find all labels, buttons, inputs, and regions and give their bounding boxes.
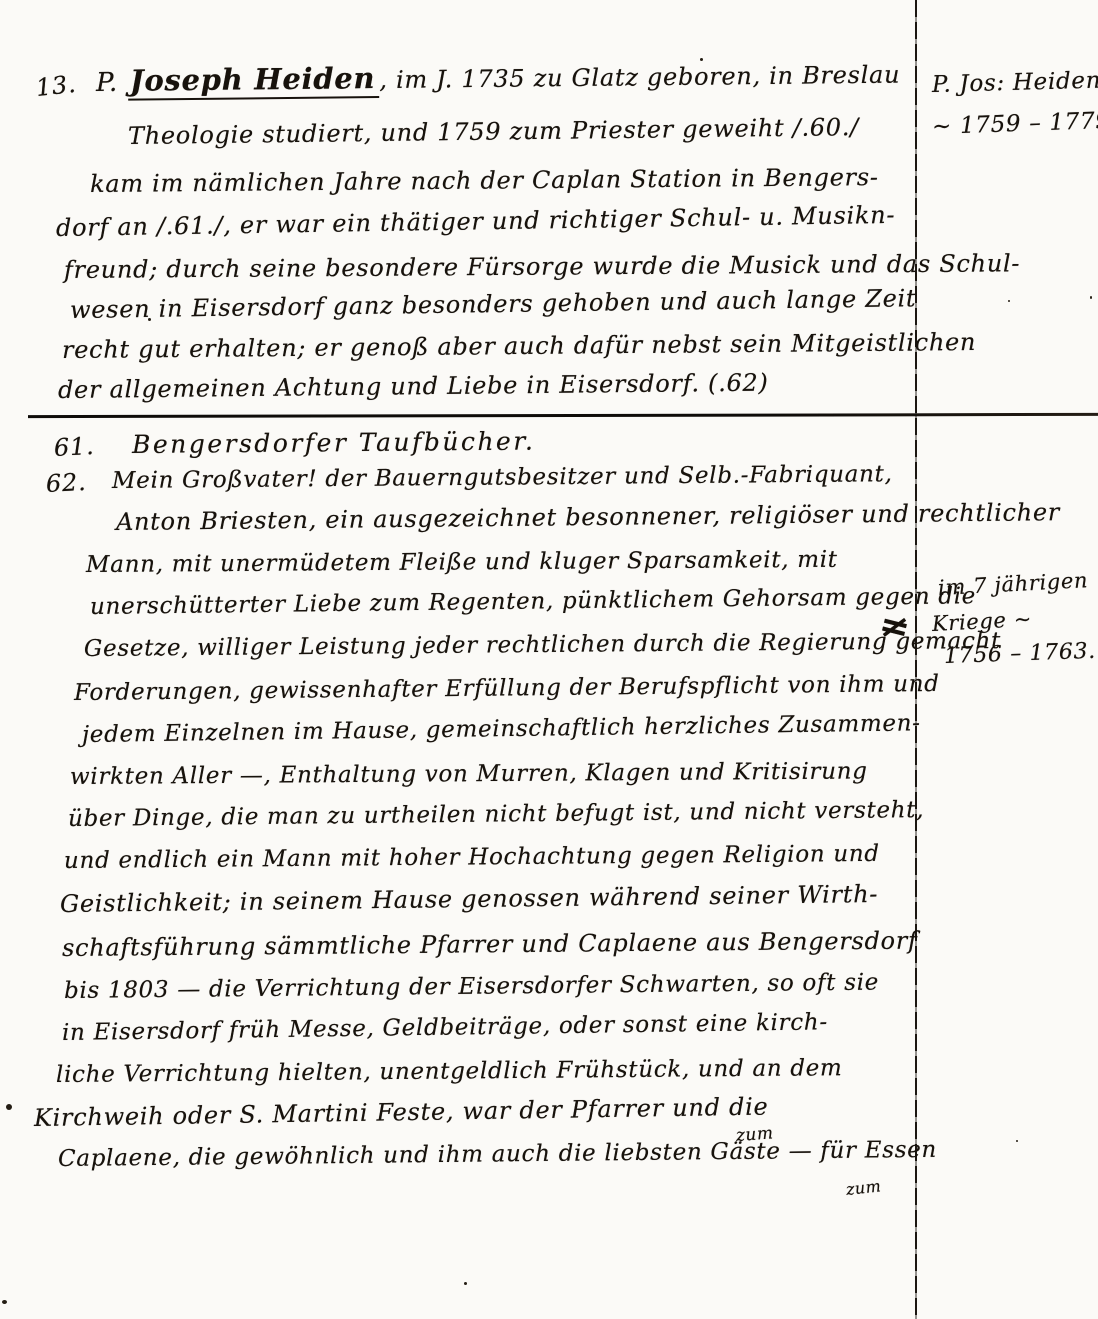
entry-62-line: Kirchweih oder S. Martini Feste, war der…	[34, 1092, 769, 1132]
entry-62-number: 62.	[45, 468, 87, 498]
entry-62-line: Forderungen, gewissenhafter Erfüllung de…	[74, 671, 940, 706]
entry-13-prefix: P.	[96, 68, 128, 98]
ink-speck	[464, 1282, 467, 1285]
entry-62-line: jedem Einzelnen im Hause, gemeinschaftli…	[82, 710, 921, 748]
column-divider-line	[915, 0, 917, 1319]
entry-61-number: 61.	[53, 432, 95, 462]
ink-speck	[6, 1104, 12, 1110]
entry-13-line: P.Joseph Heiden, im J. 1735 zu Glatz geb…	[96, 56, 901, 98]
margin-note-top-line: ~ 1759 – 1779.	[932, 107, 1098, 140]
entry-13-line: kam im nämlichen Jahre nach der Caplan S…	[90, 163, 879, 198]
entry-13-line: dorf an /.61./, er war ein thätiger und …	[56, 201, 896, 242]
entry-62-line: Anton Briesten, ein ausgezeichnet besonn…	[116, 498, 1060, 536]
ink-speck	[1016, 1140, 1018, 1142]
entry-62-line: über Dinge, die man zu urtheilen nicht b…	[68, 797, 924, 832]
entry-62-line: in Eisersdorf früh Messe, Geldbeiträge, …	[62, 1009, 828, 1046]
entry-62-line: Mein Großvater! der Bauerngutsbesitzer u…	[112, 461, 893, 494]
entry-62-line: Gesetze, williger Leistung jeder rechtli…	[84, 628, 1001, 662]
section-divider-line	[28, 413, 1098, 418]
entry-61-text: Bengersdorfer Taufbücher.	[132, 426, 536, 459]
ink-speck	[1008, 300, 1010, 302]
entry-62-line: Mann, mit unermüdetem Fleiße und kluger …	[86, 547, 838, 578]
margin-note-middle-line: Kriege ~	[931, 607, 1032, 636]
entry-62-line: unerschütterter Liebe zum Regenten, pünk…	[90, 583, 976, 620]
entry-62-line: und endlich ein Mann mit hoher Hochachtu…	[64, 841, 880, 874]
entry-13-line1-rest: , im J. 1735 zu Glatz geboren, in Bresla…	[379, 61, 900, 94]
margin-note-middle-line: im 7 jährigen	[937, 568, 1088, 600]
entry-62-line: Caplaene, die gewöhnlich und ihm auch di…	[58, 1137, 937, 1172]
entry-62-line: liche Verrichtung hielten, unentgeldlich…	[56, 1055, 843, 1088]
entry-62-line: Geistlichkeit; in seinem Hause genossen …	[60, 880, 878, 918]
entry-62-line: bis 1803 — die Verrichtung der Eisersdor…	[64, 969, 879, 1004]
margin-note-middle-line: 1756 – 1763.	[944, 639, 1097, 669]
entry-13-number: 13.	[35, 70, 78, 102]
ink-speck	[148, 318, 151, 321]
entry-62-subscript-insertion: zum	[845, 1176, 882, 1199]
entry-62-superscript-insertion: zum	[735, 1123, 774, 1146]
ink-speck	[700, 58, 703, 61]
entry-62-line: wirkten Aller —, Enthaltung von Murren, …	[70, 758, 868, 790]
ink-speck	[2, 1300, 7, 1304]
entry-13-line: Theologie studiert, und 1759 zum Prieste…	[128, 113, 859, 150]
entry-13-line: wesen in Eisersdorf ganz besonders gehob…	[70, 284, 917, 324]
margin-note-top-line: P. Jos: Heiden	[932, 68, 1098, 98]
manuscript-page: 13. P.Joseph Heiden, im J. 1735 zu Glatz…	[0, 0, 1098, 1319]
entry-13-line: der allgemeinen Achtung und Liebe in Eis…	[58, 369, 769, 404]
entry-13-line: recht gut erhalten; er genoß aber auch d…	[62, 328, 976, 364]
entry-13-line: freund; durch seine besondere Fürsorge w…	[64, 249, 1020, 284]
entry-62-line: schaftsführung sämmtliche Pfarrer und Ca…	[62, 927, 918, 962]
entry-13-name: Joseph Heiden	[128, 61, 380, 101]
ink-speck	[1090, 296, 1092, 299]
